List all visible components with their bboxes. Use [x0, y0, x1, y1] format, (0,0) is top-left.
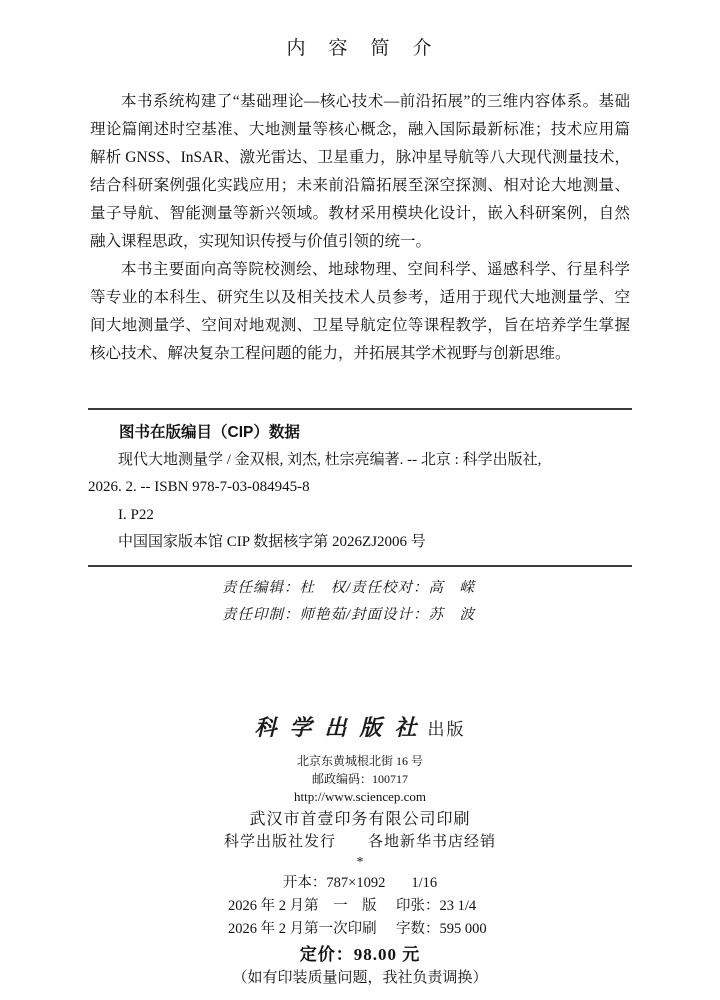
printer-line: 武汉市首壹印务有限公司印刷 [0, 809, 720, 831]
cip-isbn-line: 2026. 2. -- ISBN 978-7-03-084945-8 [88, 474, 632, 502]
format-label: 开本：787×1092 [283, 872, 385, 895]
staff-credits: 责任编辑：杜 权/责任校对：高 嵘 责任印制：师艳茹/封面设计：苏 波 [0, 575, 720, 629]
format-row: 开本：787×1092 1/16 [0, 872, 720, 895]
edition-label: 2026 年 2 月第 一 版 [228, 895, 396, 918]
publisher-line: 科学出版社 出版 [0, 713, 720, 746]
distribution-line: 科学出版社发行 各地新华书店经销 [0, 831, 720, 854]
cip-heading: 图书在版编目（CIP）数据 [88, 419, 632, 447]
publisher-logotype: 科学出版社 [254, 715, 429, 740]
printing-label: 2026 年 2 月第一次印刷 [228, 918, 396, 941]
quality-notice: （如有印装质量问题，我社负责调换） [0, 967, 720, 990]
copyright-page: 内 容 简 介 本书系统构建了“基础理论—核心技术—前沿拓展”的三维内容体系。基… [0, 0, 720, 1000]
intro-paragraph-2: 本书主要面向高等院校测绘、地球物理、空间科学、遥感科学、行星科学等专业的本科生、… [90, 256, 630, 368]
cip-title-line: 现代大地测量学 / 金双根, 刘杰, 杜宗亮编著. -- 北京 : 科学出版社, [88, 447, 632, 475]
imprint-section: 科学出版社 出版 北京东黄城根北街 16 号 邮政编码：100717 http:… [0, 713, 720, 990]
price-line: 定价：98.00 元 [0, 943, 720, 967]
print-info-grid: 2026 年 2 月第 一 版 印张：23 1/4 2026 年 2 月第一次印… [228, 895, 492, 941]
format-value: 1/16 [411, 872, 437, 895]
credits-line-editor: 责任编辑：杜 权/责任校对：高 嵘 [222, 575, 720, 602]
intro-section: 本书系统构建了“基础理论—核心技术—前沿拓展”的三维内容体系。基础理论篇阐述时空… [90, 88, 630, 368]
intro-paragraph-1: 本书系统构建了“基础理论—核心技术—前沿拓展”的三维内容体系。基础理论篇阐述时空… [90, 88, 630, 256]
publisher-suffix: 出版 [428, 720, 466, 739]
printing-value: 字数：595 000 [396, 918, 492, 941]
publisher-website: http://www.sciencep.com [0, 788, 720, 806]
publisher-address: 北京东黄城根北街 16 号 [0, 752, 720, 770]
separator-star: * [0, 854, 720, 872]
credits-line-printing: 责任印制：师艳茹/封面设计：苏 波 [222, 602, 720, 629]
publisher-postcode: 邮政编码：100717 [0, 770, 720, 788]
printing-row: 2026 年 2 月第一次印刷 字数：595 000 [228, 918, 492, 941]
edition-row: 2026 年 2 月第 一 版 印张：23 1/4 [228, 895, 492, 918]
cip-classification-line: I. P22 [88, 502, 632, 530]
cip-block: 图书在版编目（CIP）数据 现代大地测量学 / 金双根, 刘杰, 杜宗亮编著. … [88, 408, 632, 567]
cip-registry-line: 中国国家版本馆 CIP 数据核字第 2026ZJ2006 号 [88, 529, 632, 557]
edition-value: 印张：23 1/4 [396, 895, 492, 918]
page-title: 内 容 简 介 [0, 36, 720, 62]
